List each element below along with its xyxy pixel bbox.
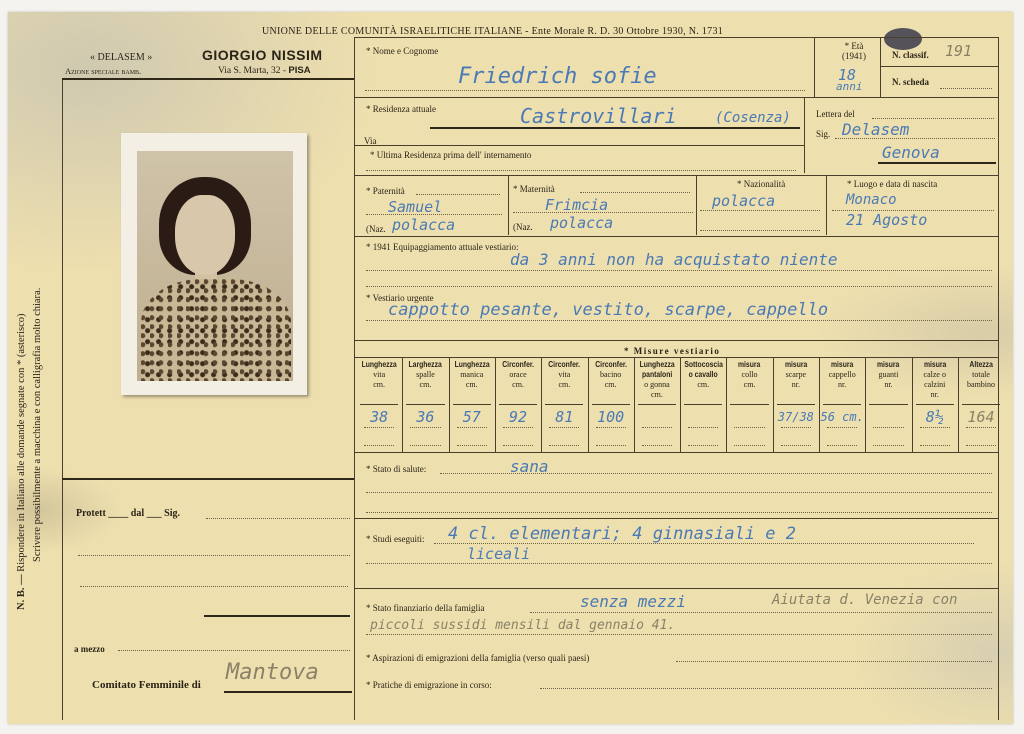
measure-unit: nr.: [820, 380, 864, 390]
nissim-address: Via S. Marta, 32 - PISA: [218, 65, 311, 76]
nb-label: N. B. —: [16, 574, 27, 610]
measure-unit: cm.: [635, 390, 679, 400]
measure-header: Sottocoscia o cavallocm.: [681, 360, 725, 390]
measure-header-2: calze o calzini: [913, 370, 957, 390]
measure-header-1: Lunghezza pantaloni: [638, 360, 676, 380]
measure-header-1: Altezza: [962, 360, 1000, 370]
measure-unit: cm.: [727, 380, 771, 390]
measure-header: misuracollocm.: [727, 360, 771, 390]
finanze-note-2: piccoli sussidi mensili dal gennaio 41.: [370, 618, 675, 633]
studi-value-2: liceali: [467, 545, 530, 563]
paternita-naz-value: polacca: [392, 216, 455, 234]
nome-label: * Nome e Cognome: [366, 46, 438, 56]
ink-stain: [884, 28, 922, 50]
delasem-label: « DELASEM »: [90, 52, 152, 63]
salute-label: * Stato di salute:: [366, 464, 426, 474]
measure-header-2: vita: [542, 370, 586, 380]
nascita-luogo: Monaco: [846, 192, 897, 208]
sig-value: Delasem: [842, 120, 909, 139]
measure-header-2: spalle: [403, 370, 447, 380]
finanze-value: senza mezzi: [580, 592, 686, 611]
measure-value: 38: [356, 410, 402, 424]
measure-header-1: Larghezza: [407, 360, 445, 370]
measure-header: misurascarpenr.: [774, 360, 818, 390]
aspirazioni-label: * Aspirazioni di emigrazioni della famig…: [366, 653, 589, 663]
protett-label: Protett ____ dal ___ Sig.: [76, 508, 180, 519]
nb-line2: Scrivere possibilmente a macchina e con …: [32, 288, 43, 610]
maternita-naz-label: (Naz.: [513, 222, 533, 232]
misure-title: * Misure vestiario: [624, 346, 720, 356]
measure-value: 8½: [912, 410, 958, 424]
sig-label: Sig.: [816, 129, 830, 139]
measure-header-1: Circonfer.: [499, 360, 537, 370]
equip-value: da 3 anni non ha acquistato niente: [510, 250, 838, 269]
residenza-prov: (Cosenza): [715, 110, 791, 126]
nb-line1: Rispondere in Italiano alle domande segn…: [16, 313, 27, 571]
address-city: PISA: [288, 65, 310, 76]
measure-header-2: totale bambino: [959, 370, 1003, 390]
measure-header-1: misura: [870, 360, 908, 370]
ultima-label: * Ultima Residenza prima dell' intername…: [370, 150, 531, 160]
eta-unit: anni: [836, 80, 863, 93]
measure-header-1: Lunghezza: [360, 360, 398, 370]
comitato-value: Mantova: [226, 660, 319, 685]
eta-label-1: * Età: [845, 41, 864, 51]
pratiche-label: * Pratiche di emigrazione in corso:: [366, 680, 492, 690]
measure-value: 92: [495, 410, 541, 424]
measure-value: 57: [449, 410, 495, 424]
paternita-naz-label: (Naz.: [366, 224, 386, 234]
org-header: UNIONE DELLE COMUNITÀ ISRAELITICHE ITALI…: [262, 26, 723, 37]
nome-value: Friedrich sofie: [458, 64, 657, 89]
scheda-label: N. scheda: [892, 77, 929, 87]
measure-header-1: misura: [916, 360, 954, 370]
mezzo-label: a mezzo: [74, 644, 105, 654]
nazionalita-value: polacca: [712, 192, 775, 210]
measure-header-1: misura: [823, 360, 861, 370]
measure-value: 37/38: [773, 410, 819, 424]
measure-header-2: manica: [450, 370, 494, 380]
measure-unit: cm.: [496, 380, 540, 390]
measure-header: Lunghezzavitacm.: [357, 360, 401, 390]
maternita-naz-value: polacca: [550, 214, 613, 232]
measure-header: misuraguantinr.: [866, 360, 910, 390]
measure-header: Circonfer.oracecm.: [496, 360, 540, 390]
measure-header-1: Circonfer.: [546, 360, 584, 370]
equip-label: * 1941 Equipaggiamento attuale vestiario…: [366, 242, 518, 252]
measure-unit: nr.: [774, 380, 818, 390]
urgente-value: cappotto pesante, vestito, scarpe, cappe…: [388, 300, 828, 320]
residenza-value: Castrovillari: [520, 104, 677, 128]
measure-unit: cm.: [681, 380, 725, 390]
measure-header-1: Lunghezza: [453, 360, 491, 370]
measure-header-1: misura: [777, 360, 815, 370]
measure-unit: cm.: [403, 380, 447, 390]
classif-value: 191: [945, 42, 972, 60]
measure-header-2: guanti: [866, 370, 910, 380]
measure-header: Larghezzaspallecm.: [403, 360, 447, 390]
measure-header-2: bacino: [589, 370, 633, 380]
finanze-note-1: Aiutata d. Venezia con: [772, 592, 957, 608]
residenza-label: * Residenza attuale: [366, 104, 436, 114]
nascita-data: 21 Agosto: [846, 211, 927, 229]
sig2-text: Sig.: [164, 508, 180, 519]
measure-value: 164: [958, 410, 1004, 424]
eta-label-2: (1941): [842, 51, 866, 61]
protett-text: Protett: [76, 508, 106, 519]
studi-label: * Studi eseguiti:: [366, 534, 425, 544]
address-street: Via S. Marta, 32 -: [218, 66, 288, 76]
measure-header-1: Circonfer.: [592, 360, 630, 370]
measure-header: Circonfer.bacinocm.: [589, 360, 633, 390]
finanze-label: * Stato finanziario della famiglia: [366, 603, 484, 613]
measure-header-2: orace: [496, 370, 540, 380]
measure-unit: nr.: [913, 390, 957, 400]
measure-unit: cm.: [450, 380, 494, 390]
measure-header-1: Sottocoscia o cavallo: [684, 360, 722, 380]
classif-label: N. classif.: [892, 50, 929, 60]
nazionalita-label: * Nazionalità: [737, 179, 785, 189]
portrait-photo: [121, 133, 307, 395]
measure-header: misuracalze o calzininr.: [913, 360, 957, 400]
measure-value: 56 cm.: [819, 410, 865, 424]
measure-value: 81: [541, 410, 587, 424]
measure-value: 36: [402, 410, 448, 424]
measure-header: Lunghezzamanicacm.: [450, 360, 494, 390]
measure-value: 100: [588, 410, 634, 424]
measure-unit: cm.: [589, 380, 633, 390]
measure-header-1: misura: [731, 360, 769, 370]
measure-header: Circonfer.vitacm.: [542, 360, 586, 390]
measure-header-2: o gonna: [635, 380, 679, 390]
nissim-name: GIORGIO NISSIM: [202, 47, 323, 63]
measure-header: Altezzatotale bambino: [959, 360, 1003, 390]
lettera-label: Lettera del: [816, 109, 855, 119]
measure-unit: cm.: [357, 380, 401, 390]
maternita-label: * Maternità: [513, 184, 555, 194]
measure-unit: nr.: [866, 380, 910, 390]
sig-city: Genova: [882, 143, 940, 162]
nascita-label: * Luogo e data di nascita: [847, 179, 937, 189]
azione-label: Azione speciale bamb.: [65, 66, 141, 76]
side-note: N. B. — Rispondere in Italiano alle doma…: [14, 288, 46, 610]
measure-header-2: vita: [357, 370, 401, 380]
measure-unit: cm.: [542, 380, 586, 390]
measure-header: misuracappellonr.: [820, 360, 864, 390]
measure-header-2: collo: [727, 370, 771, 380]
measure-header-2: scarpe: [774, 370, 818, 380]
studi-value-1: 4 cl. elementari; 4 ginnasiali e 2: [448, 524, 796, 544]
dal-text: dal: [131, 508, 144, 519]
comitato-label: Comitato Femminile di: [92, 679, 201, 691]
paternita-label: * Paternità: [366, 186, 405, 196]
measure-header: Lunghezza pantalonio gonnacm.: [635, 360, 679, 400]
measure-header-2: cappello: [820, 370, 864, 380]
eta-label: * Età(1941): [842, 41, 866, 61]
